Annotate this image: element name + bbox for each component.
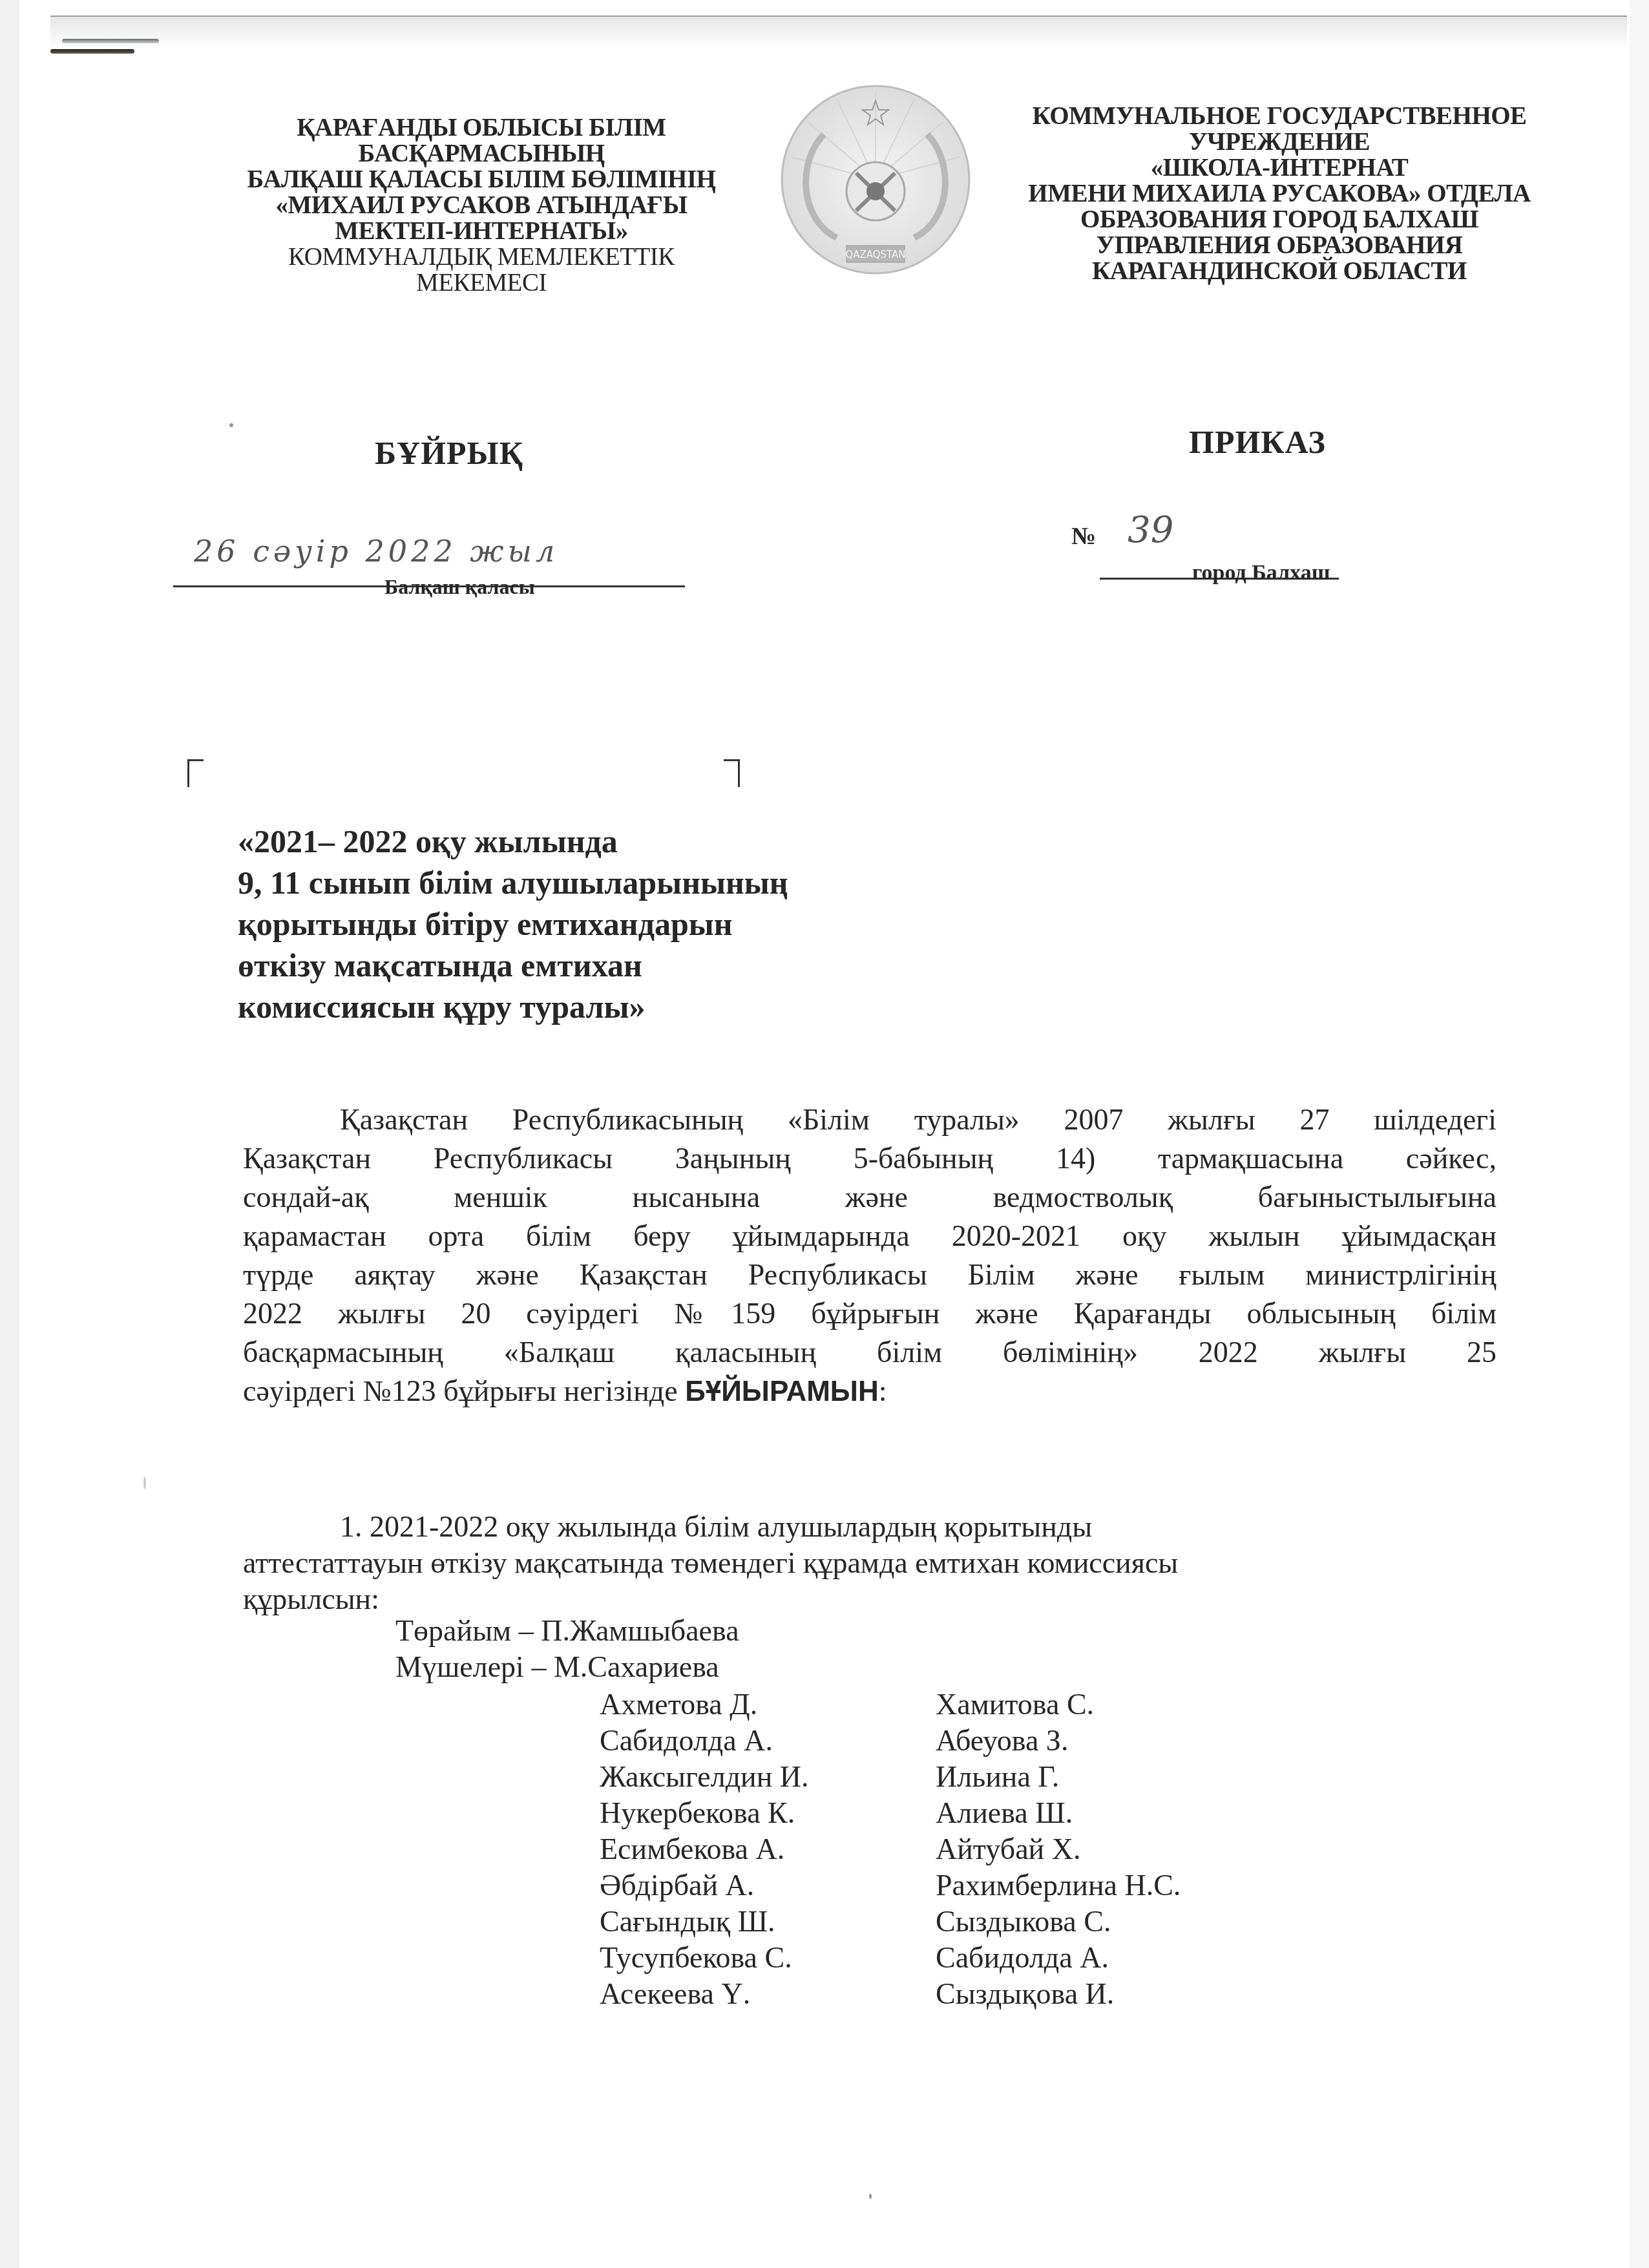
members-row: Мүшелері – М.Сахариева [395, 1649, 739, 1685]
subject-line: комиссиясын құру туралы» [238, 986, 949, 1027]
member-name: Сыздыкова С. [936, 1904, 1111, 1940]
order-title-russian: ПРИКАЗ [1189, 423, 1326, 461]
header-kazakh: ҚАРАҒАНДЫ ОБЛЫСЫ БІЛІМ БАСҚАРМАСЫНЫҢ БАЛ… [204, 115, 759, 296]
header-russian: КОММУНАЛЬНОЕ ГОСУДАРСТВЕННОЕ УЧРЕЖДЕНИЕ … [995, 103, 1564, 284]
chair-role-label: Төрайым – [395, 1614, 541, 1647]
header-ru-line: КАРАГАНДИНСКОЙ ОБЛАСТИ [995, 258, 1564, 284]
member-row: Әбдірбай А.Рахимберлина Н.С. [600, 1867, 1181, 1904]
member-name: Асекеева Ү. [600, 1976, 936, 2012]
commission-roles: Төрайым – П.Жамшыбаева Мүшелері – М.Саха… [395, 1613, 739, 1685]
header-ru-line: ИМЕНИ МИХАИЛА РУСАКОВА» ОТДЕЛА [995, 181, 1564, 207]
member-row: Ахметова Д.Хамитова С. [600, 1686, 1181, 1723]
preamble-line: түрде аяқтау және Қазақстан Республикасы… [243, 1255, 1497, 1294]
subject-line: 9, 11 сынып білім алушыларынының [238, 862, 949, 903]
member-name: Рахимберлина Н.С. [936, 1867, 1181, 1904]
order-number-label: № [1071, 522, 1096, 551]
scan-speck [869, 2194, 872, 2199]
header-kz-line: МЕКТЕП-ИНТЕРНАТЫ» [204, 218, 759, 244]
scan-edge-left [0, 0, 19, 2268]
member-name: Әбдірбай А. [600, 1867, 936, 1904]
preamble-line: сәуірдегі №123 бұйрығы негізінде [243, 1374, 685, 1407]
member-name: Сыздықова И. [936, 1976, 1114, 2012]
member-name: М.Сахариева [554, 1650, 719, 1683]
subject-line: қорытынды бітіру емтихандарын [238, 903, 949, 945]
item-line: құрылсын: [243, 1581, 1471, 1617]
member-row: Сабидолда А.Абеуова З. [600, 1723, 1181, 1759]
header-kz-line: КОММУНАЛДЫҚ МЕМЛЕКЕТТІК [204, 244, 759, 270]
header-ru-line: УПРАВЛЕНИЯ ОБРАЗОВАНИЯ [995, 233, 1564, 258]
order-item-1: 1. 2021-2022 оқу жылында білім алушылард… [243, 1509, 1471, 1617]
item-line: 1. 2021-2022 оқу жылында білім алушылард… [243, 1509, 1471, 1545]
svg-text:QAZAQSTAN: QAZAQSTAN [845, 249, 905, 260]
preamble-line: басқармасының «Балқаш қаласының білім бө… [243, 1333, 1497, 1372]
order-subject: «2021– 2022 оқу жылында 9, 11 сынып білі… [238, 821, 949, 1027]
scan-speck [143, 1476, 146, 1489]
chair-row: Төрайым – П.Жамшыбаева [395, 1613, 739, 1649]
member-name: Сабидолда А. [600, 1723, 936, 1759]
member-name: Абеуова З. [936, 1723, 1068, 1759]
bracket-corner-left [187, 759, 204, 787]
state-emblem-icon: QAZAQSTAN [772, 76, 979, 289]
place-russian: город Балхаш [1192, 561, 1330, 585]
page-top-edge [50, 16, 1627, 17]
preamble-line: қарамастан орта білім беру ұйымдарында 2… [243, 1217, 1497, 1255]
member-row: Сағындық Ш.Сыздыкова С. [600, 1904, 1181, 1940]
preamble-paragraph: Қазақстан Республикасының «Білім туралы»… [243, 1100, 1497, 1411]
preamble-line: 2022 жылғы 20 сәуірдегі №159 бұйрығын жә… [243, 1294, 1497, 1333]
preamble-line: сондай-ақ меншік нысанына және ведмоство… [243, 1178, 1497, 1217]
header-kz-line: «МИХАИЛ РУСАКОВ АТЫНДАҒЫ [204, 193, 759, 218]
member-name: Жаксыгелдин И. [600, 1759, 936, 1795]
header-ru-line: «ШКОЛА-ИНТЕРНАТ [995, 155, 1564, 181]
scan-edge-right [1630, 0, 1649, 2268]
member-row: Нукербекова К.Алиева Ш. [600, 1795, 1181, 1831]
subject-line: «2021– 2022 оқу жылында [238, 821, 949, 862]
member-name: Ахметова Д. [600, 1686, 936, 1723]
header-kz-line: МЕКЕМЕСІ [204, 270, 759, 296]
staple-icon [50, 49, 134, 54]
member-row: Жаксыгелдин И.Ильина Г. [600, 1759, 1181, 1795]
order-title-kazakh: БҰЙРЫҚ [375, 434, 523, 472]
member-name: Нукербекова К. [600, 1795, 936, 1831]
header-kz-line: БАЛҚАШ ҚАЛАСЫ БІЛІМ БӨЛІМІНІҢ [204, 167, 759, 193]
item-line: аттестаттауын өткізу мақсатында төмендег… [243, 1545, 1471, 1581]
member-name: Сағындық Ш. [600, 1904, 936, 1940]
header-ru-line: КОММУНАЛЬНОЕ ГОСУДАРСТВЕННОЕ [995, 103, 1564, 129]
scan-shadow [50, 17, 1627, 49]
chair-name: П.Жамшыбаева [541, 1614, 739, 1647]
order-number-handwritten: 39 [1128, 509, 1173, 551]
member-name: Сабидолда А. [936, 1940, 1109, 1976]
preamble-line: Қазақстан Республикасының «Білім туралы»… [243, 1100, 1497, 1139]
decree-word: БҰЙЫРАМЫН [685, 1376, 879, 1407]
staple-icon [62, 39, 159, 43]
commission-members-list: Ахметова Д.Хамитова С. Сабидолда А.Абеуо… [600, 1686, 1181, 2012]
member-row: Есимбекова А.Айтубай Х. [600, 1831, 1181, 1867]
subject-line: өткізу мақсатында емтихан [238, 945, 949, 986]
decree-colon: : [879, 1374, 887, 1407]
preamble-last-line: сәуірдегі №123 бұйрығы негізінде БҰЙЫРАМ… [243, 1372, 1497, 1411]
member-row: Тусупбекова С.Сабидолда А. [600, 1940, 1181, 1976]
members-role-label: Мүшелері – [395, 1650, 554, 1683]
member-name: Хамитова С. [936, 1686, 1094, 1723]
bracket-corner-right [724, 759, 740, 787]
header-ru-line: ОБРАЗОВАНИЯ ГОРОД БАЛХАШ [995, 207, 1564, 233]
member-row: Асекеева Ү.Сыздықова И. [600, 1976, 1181, 2012]
member-name: Айтубай Х. [936, 1831, 1080, 1867]
header-kz-line: ҚАРАҒАНДЫ ОБЛЫСЫ БІЛІМ [204, 115, 759, 141]
member-name: Ильина Г. [936, 1759, 1059, 1795]
scan-speck [229, 423, 233, 427]
member-name: Есимбекова А. [600, 1831, 936, 1867]
header-kz-line: БАСҚАРМАСЫНЫҢ [204, 141, 759, 167]
member-name: Алиева Ш. [936, 1795, 1073, 1831]
place-kazakh: Балқаш қаласы [384, 575, 535, 599]
header-ru-line: УЧРЕЖДЕНИЕ [995, 129, 1564, 155]
preamble-line: Қазақстан Республикасы Заңының 5-бабының… [243, 1139, 1497, 1178]
member-name: Тусупбекова С. [600, 1940, 936, 1976]
